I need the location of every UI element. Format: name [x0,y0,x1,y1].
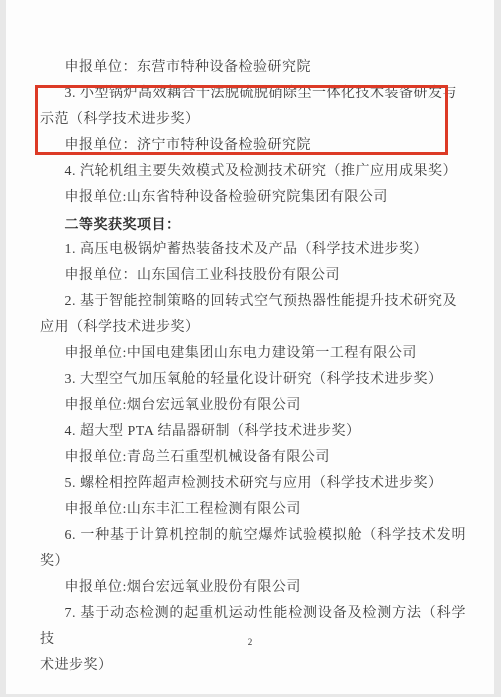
applicant-line: 申报单位:中国电建集团山东电力建设第一工程有限公司 [40,341,466,367]
award-item-line: 1. 高压电极锅炉蓄热装备技术及产品（科学技术进步奖） [40,237,466,263]
award-item-line: 6. 一种基于计算机控制的航空爆炸试验模拟舱（科学技术发明奖） [40,523,466,575]
applicant-line: 申报单位：济宁市特种设备检验研究院 [40,133,466,159]
award-item-line: 3. 大型空气加压氧舱的轻量化设计研究（科学技术进步奖） [40,367,466,393]
applicant-line: 申报单位:烟台宏远氧业股份有限公司 [40,393,466,419]
award-item-line: 4. 汽轮机组主要失效模式及检测技术研究（推广应用成果奖） [40,159,466,185]
page-number: 2 [6,637,494,647]
applicant-line: 申报单位：山东国信工业科技股份有限公司 [40,263,466,289]
applicant-line: 申报单位：东营市特种设备检验研究院 [40,55,466,81]
applicant-line: 申报单位:山东丰汇工程检测有限公司 [40,497,466,523]
award-item-line: 5. 螺栓相控阵超声检测技术研究与应用（科学技术进步奖） [40,471,466,497]
applicant-line: 申报单位:青岛兰石重型机械设备有限公司 [40,445,466,471]
applicant-line: 申报单位:山东省特种设备检验研究院集团有限公司 [40,185,466,211]
award-item-line: 2. 基于智能控制策略的回转式空气预热器性能提升技术研究及 应用（科学技术进步奖… [40,289,466,341]
award-item-line: 4. 超大型 PTA 结晶器研制（科学技术进步奖） [40,419,466,445]
applicant-line: 申报单位:烟台宏远氧业股份有限公司 [40,575,466,601]
award-item-line: 3. 小型锅炉高效耦合干法脱硫脱硝除尘一体化技术装备研发与 示范（科学技术进步奖… [40,81,466,133]
document-body: 申报单位：东营市特种设备检验研究院3. 小型锅炉高效耦合干法脱硫脱硝除尘一体化技… [40,55,466,679]
scanned-document-page: 申报单位：东营市特种设备检验研究院3. 小型锅炉高效耦合干法脱硫脱硝除尘一体化技… [6,0,494,694]
section-heading: 二等奖获奖项目： [40,211,466,237]
